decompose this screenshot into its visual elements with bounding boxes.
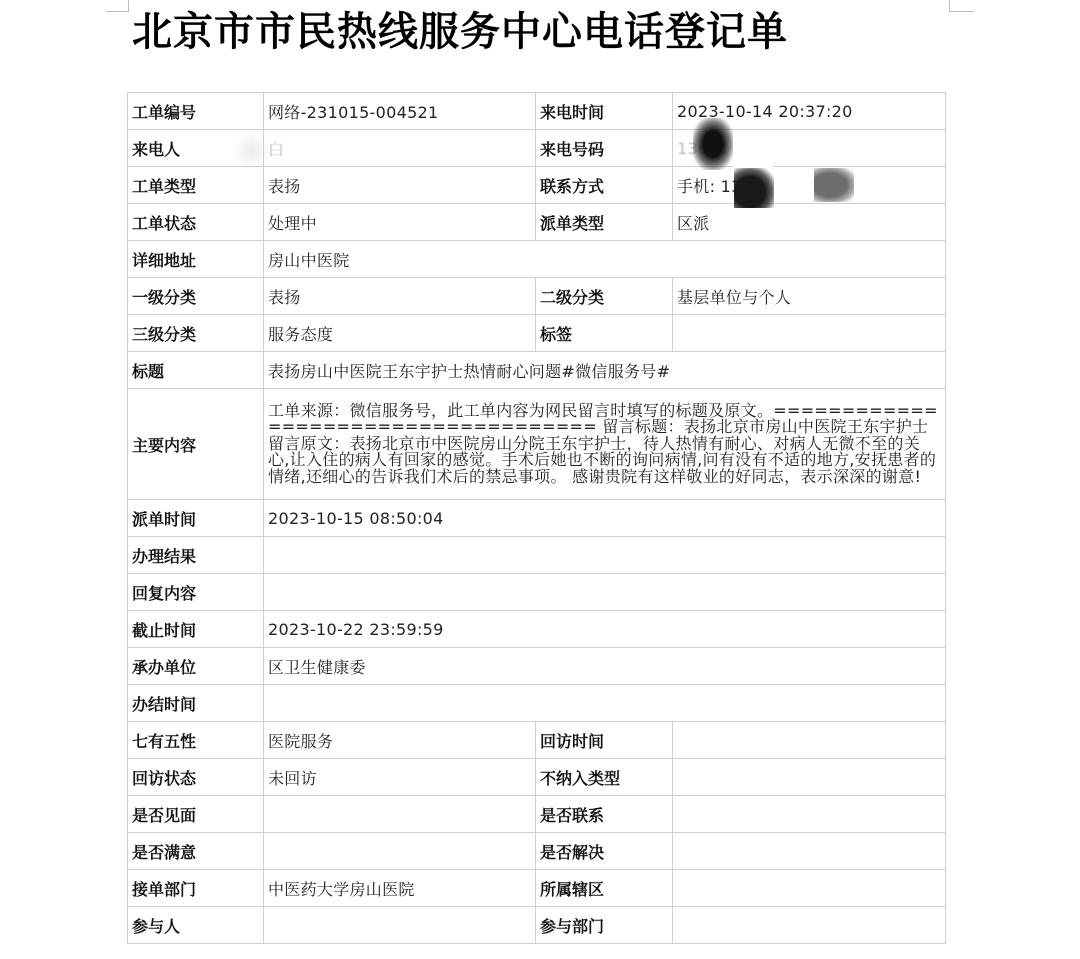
table-row: 主要内容 工单来源：微信服务号，此工单内容为网民留言时填写的标题及原文。====…: [128, 389, 946, 500]
table-row: 一级分类 表扬 二级分类 基层单位与个人: [128, 278, 946, 315]
dispatch-type-value: 区派: [673, 204, 946, 241]
field-label: 参与部门: [536, 907, 673, 944]
table-row: 详细地址 房山中医院: [128, 241, 946, 278]
table-row: 七有五性 医院服务 回访时间: [128, 722, 946, 759]
field-label: 标签: [536, 315, 673, 352]
field-label: 三级分类: [128, 315, 264, 352]
field-label: 所属辖区: [536, 870, 673, 907]
excluded-type-value: [673, 759, 946, 796]
field-label: 不纳入类型: [536, 759, 673, 796]
field-label: 承办单位: [128, 648, 264, 685]
tag-value: [673, 315, 946, 352]
table-row: 办理结果: [128, 537, 946, 574]
table-row: 工单状态 处理中 派单类型 区派: [128, 204, 946, 241]
field-label: 接单部门: [128, 870, 264, 907]
table-row: 是否满意 是否解决: [128, 833, 946, 870]
redaction-mask: [774, 168, 814, 202]
field-label: 办结时间: [128, 685, 264, 722]
field-label: 主要内容: [128, 389, 264, 500]
main-content-value: 工单来源：微信服务号，此工单内容为网民留言时填写的标题及原文。=========…: [264, 389, 946, 500]
met-in-person-value: [264, 796, 536, 833]
table-row: 接单部门 中医药大学房山医院 所属辖区: [128, 870, 946, 907]
redaction-mask: [734, 168, 774, 208]
field-label: 回复内容: [128, 574, 264, 611]
field-label: 派单类型: [536, 204, 673, 241]
redaction-mask: [733, 133, 773, 169]
category-level3-value: 服务态度: [264, 315, 536, 352]
field-label: 回访状态: [128, 759, 264, 796]
reply-content-value: [264, 574, 946, 611]
field-label: 工单类型: [128, 167, 264, 204]
field-label: 派单时间: [128, 500, 264, 537]
ticket-status-value: 处理中: [264, 204, 536, 241]
field-label: 是否联系: [536, 796, 673, 833]
redaction-mask: [814, 168, 854, 202]
seven-five-value: 医院服务: [264, 722, 536, 759]
table-row: 回复内容: [128, 574, 946, 611]
field-label: 七有五性: [128, 722, 264, 759]
receiving-dept-value: 中医药大学房山医院: [264, 870, 536, 907]
deadline-value: 2023-10-22 23:59:59: [264, 611, 946, 648]
document-title: 北京市市民热线服务中心电话登记单: [132, 6, 892, 58]
field-label: 标题: [128, 352, 264, 389]
table-row: 标题 表扬房山中医院王东宇护士热情耐心问题#微信服务号#: [128, 352, 946, 389]
registration-form-table: 工单编号 网络-231015-004521 来电时间 2023-10-14 20…: [127, 92, 946, 944]
dispatch-time-value: 2023-10-15 08:50:04: [264, 500, 946, 537]
followup-time-value: [673, 722, 946, 759]
table-row: 承办单位 区卫生健康委: [128, 648, 946, 685]
field-label: 工单编号: [128, 93, 264, 130]
redaction-mask: [232, 132, 272, 170]
table-row: 工单编号 网络-231015-004521 来电时间 2023-10-14 20…: [128, 93, 946, 130]
contacted-value: [673, 796, 946, 833]
field-label: 是否满意: [128, 833, 264, 870]
field-label: 回访时间: [536, 722, 673, 759]
field-label: 办理结果: [128, 537, 264, 574]
ticket-number-value: 网络-231015-004521: [264, 93, 536, 130]
category-level1-value: 表扬: [264, 278, 536, 315]
participant-value: [264, 907, 536, 944]
field-label: 工单状态: [128, 204, 264, 241]
address-value: 房山中医院: [264, 241, 946, 278]
field-label: 一级分类: [128, 278, 264, 315]
redaction-mask: [693, 118, 733, 170]
ticket-type-value: 表扬: [264, 167, 536, 204]
table-row: 派单时间 2023-10-15 08:50:04: [128, 500, 946, 537]
completion-time-value: [264, 685, 946, 722]
field-label: 截止时间: [128, 611, 264, 648]
followup-status-value: 未回访: [264, 759, 536, 796]
satisfied-value: [264, 833, 536, 870]
handling-unit-value: 区卫生健康委: [264, 648, 946, 685]
page-corner-mark: [949, 0, 974, 12]
resolved-value: [673, 833, 946, 870]
page-corner-mark: [106, 0, 129, 12]
subject-value: 表扬房山中医院王东宇护士热情耐心问题#微信服务号#: [264, 352, 946, 389]
field-label: 联系方式: [536, 167, 673, 204]
field-label: 参与人: [128, 907, 264, 944]
field-label: 来电号码: [536, 130, 673, 167]
field-label: 是否解决: [536, 833, 673, 870]
field-label: 是否见面: [128, 796, 264, 833]
participant-dept-value: [673, 907, 946, 944]
redacted-contact: 手机: 13: [677, 177, 742, 196]
field-label: 来电时间: [536, 93, 673, 130]
field-label: 二级分类: [536, 278, 673, 315]
caller-name-value: 白: [264, 130, 536, 167]
table-row: 回访状态 未回访 不纳入类型: [128, 759, 946, 796]
table-row: 截止时间 2023-10-22 23:59:59: [128, 611, 946, 648]
handling-result-value: [264, 537, 946, 574]
field-label: 详细地址: [128, 241, 264, 278]
table-row: 三级分类 服务态度 标签: [128, 315, 946, 352]
category-level2-value: 基层单位与个人: [673, 278, 946, 315]
table-row: 办结时间: [128, 685, 946, 722]
table-row: 是否见面 是否联系: [128, 796, 946, 833]
table-row: 参与人 参与部门: [128, 907, 946, 944]
jurisdiction-value: [673, 870, 946, 907]
